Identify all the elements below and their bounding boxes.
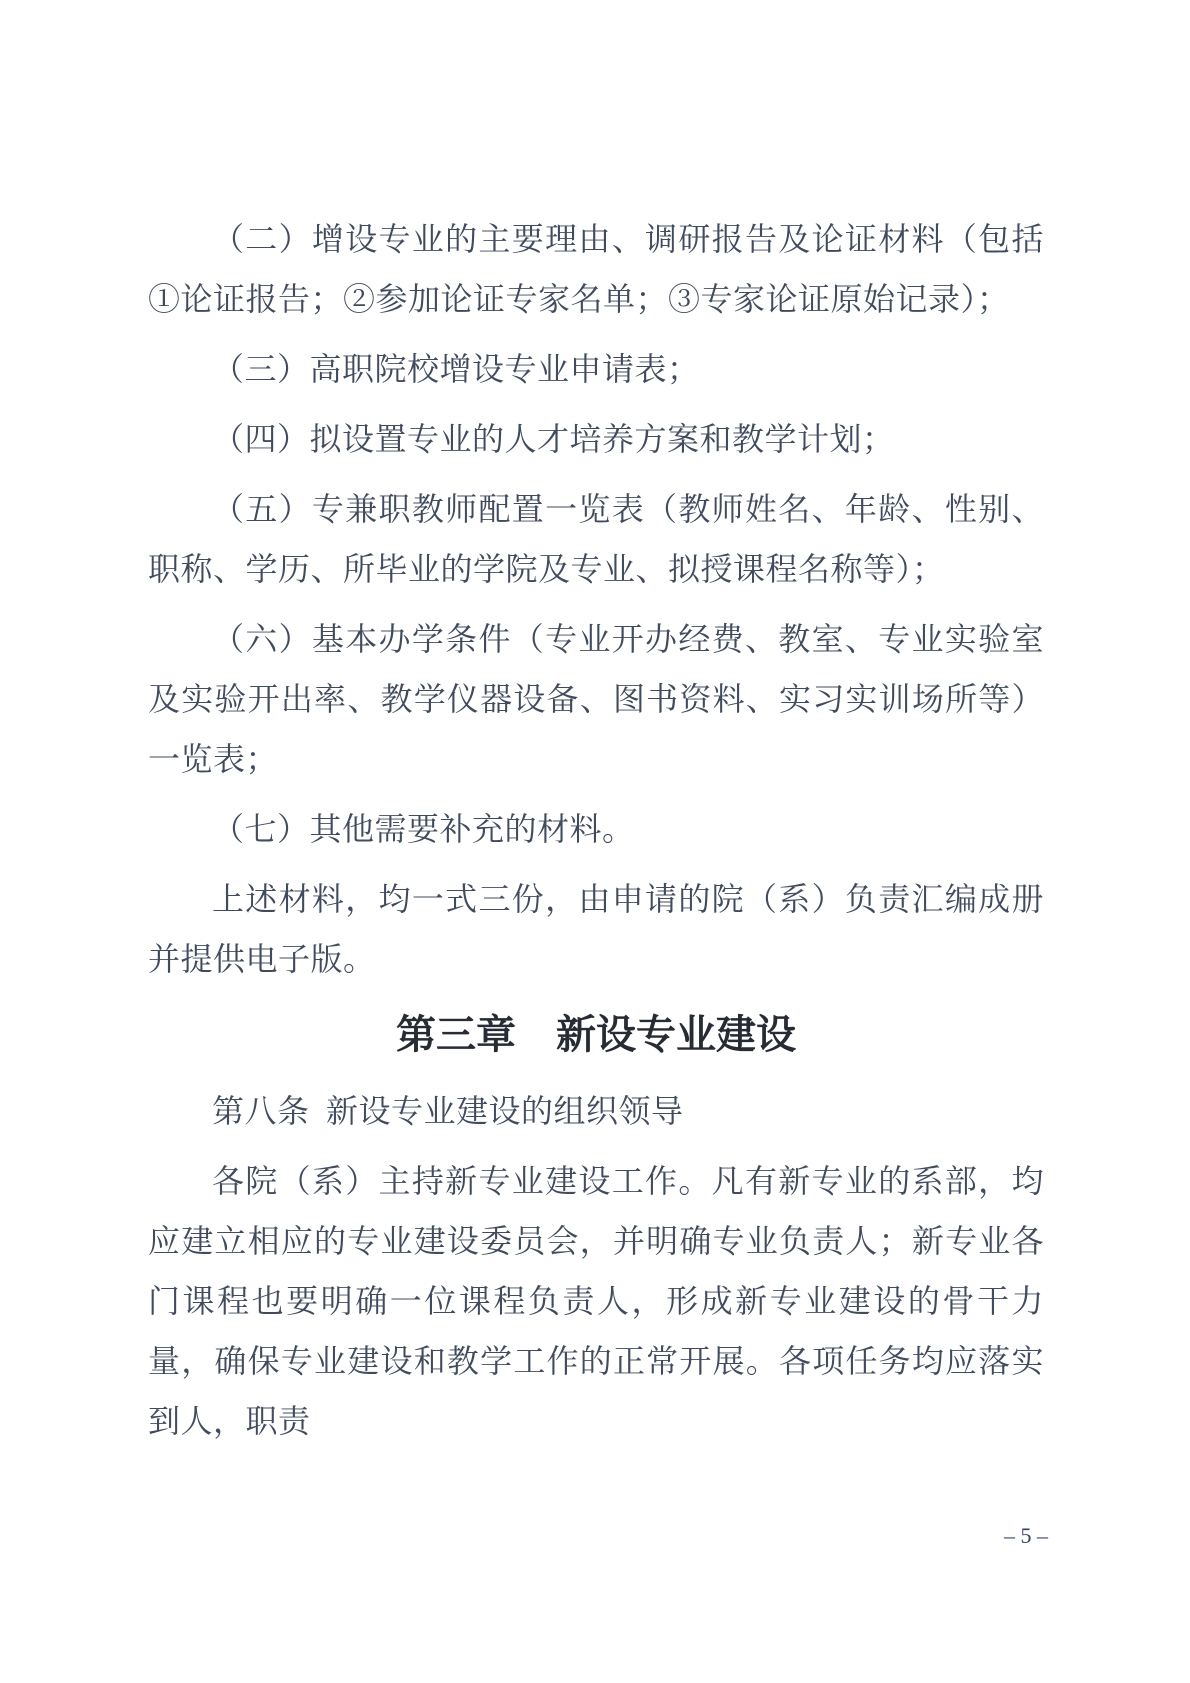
article-8-title: 第八条 新设专业建设的组织领导 — [148, 1081, 1044, 1141]
article-8-body: 各院（系）主持新专业建设工作。凡有新专业的系部，均应建立相应的专业建设委员会，并… — [148, 1151, 1044, 1451]
list-item-3: （三）高职院校增设专业申请表； — [148, 339, 1044, 399]
list-item-7: （七）其他需要补充的材料。 — [148, 799, 1044, 859]
list-item-6: （六）基本办学条件（专业开办经费、教室、专业实验室及实验开出率、教学仪器设备、图… — [148, 609, 1044, 789]
page-number: – 5 – — [1004, 1522, 1048, 1550]
materials-note-paragraph: 上述材料，均一式三份，由申请的院（系）负责汇编成册并提供电子版。 — [148, 869, 1044, 989]
list-item-4: （四）拟设置专业的人才培养方案和教学计划； — [148, 409, 1044, 469]
chapter-heading: 第三章 新设专业建设 — [148, 1005, 1044, 1065]
list-item-2: （二）增设专业的主要理由、调研报告及论证材料（包括①论证报告；②参加论证专家名单… — [148, 209, 1044, 329]
list-item-5: （五）专兼职教师配置一览表（教师姓名、年龄、性别、职称、学历、所毕业的学院及专业… — [148, 479, 1044, 599]
document-page: （二）增设专业的主要理由、调研报告及论证材料（包括①论证报告；②参加论证专家名单… — [0, 0, 1190, 1683]
document-body: （二）增设专业的主要理由、调研报告及论证材料（包括①论证报告；②参加论证专家名单… — [148, 209, 1044, 1451]
